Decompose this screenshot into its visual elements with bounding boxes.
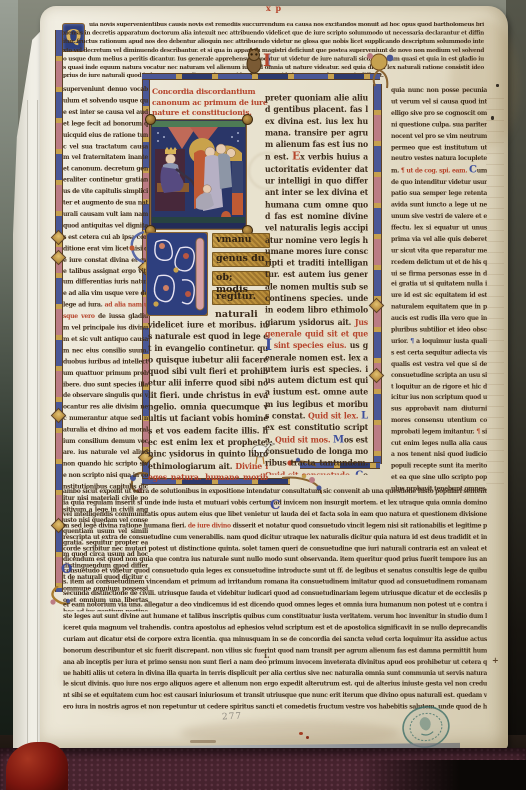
main-text-col2: preter quoniam alie aliud gentibus place… [265,92,368,475]
ruling-lines [486,88,504,484]
quire-mark: x p [266,3,282,13]
page-edge-crease [27,100,28,743]
script-segment: superveniunt denuo vocabulum et solvendo… [63,86,148,309]
left-border-bar [55,30,63,592]
central-border-bar [373,84,382,464]
script-segment: E [292,150,300,164]
incipit-words: vmanugenus duob; modisregitur.naturali [212,233,270,326]
script-segment: quia nunc non posse pecunia ut verum vel… [391,87,487,175]
right-gloss-column: quia nunc non posse pecunia ut verum vel… [391,86,487,501]
script-segment: omnes leges et omnia iura humanum non po… [63,601,487,714]
incipit-word: regitur. [212,290,270,305]
red-speck [299,732,303,735]
initial-c-overlay: C [270,498,280,513]
script-segment: videlicet iure et moribus. ius naturale … [148,320,268,470]
script-segment: Quid sit mos. [275,435,333,444]
margin-cross: + [492,655,499,665]
bottom-gloss-block: ambo sicut exponit ut extra de solutioni… [63,487,487,715]
red-speck [306,736,309,739]
initial-o-overlay: O [61,562,72,577]
script-segment: sicut enim leges nulla alia causa nos te… [391,428,487,492]
script-segment: L [361,410,368,421]
wormhole [496,84,499,87]
script-segment: Quid sit consuetudo. [265,470,355,475]
script-segment: Quid sit lex. [308,411,361,420]
script-segment: x verbis huius auctoritatis evidenter da… [265,153,368,280]
script-segment: C [355,469,363,475]
incipit-word: genus du [212,252,270,267]
red-leather-corner [6,742,68,790]
script-segment: de iure divino [188,522,233,529]
miniature-corner-knot [145,114,156,125]
script-segment: M [333,434,344,445]
miniature-corner-knot [242,114,253,125]
margin-note: i. [264,650,270,660]
script-segment: I [265,340,272,351]
page-edge-crease [37,100,38,743]
script-segment: disserit et notatur quod consuetudo vinc… [63,522,487,609]
manuscript-photo: x p Q uia novis supervenientibus causis … [0,0,526,790]
initial-h [146,232,208,320]
pencil-foliation: 277 [222,711,243,722]
script-segment: um de quo intenditur videtur usurpatio s… [391,167,487,344]
incipit-word: ob; modis [212,271,270,286]
dirt-speck [190,740,216,743]
owl-marginalia [243,47,265,75]
script-segment: us generale nomen est. lex autem iuris e… [265,341,368,421]
rubric-text: Concordia discordantium canonum ac primu… [152,87,272,118]
miniature [150,119,247,234]
central-bar-finial [364,50,398,90]
binding-shadow [360,760,526,790]
incipit-word: vmanu [212,233,270,248]
script-segment: a loquimur iusta qualis est certa sequit… [391,338,487,436]
wormhole [491,116,494,120]
main-text-col1: videlicet iure et moribus. ius naturale … [148,319,268,483]
marginal-dragon [128,230,146,264]
script-segment: C [469,164,477,175]
script-segment: ut de cog. spi. eam. [406,167,469,174]
